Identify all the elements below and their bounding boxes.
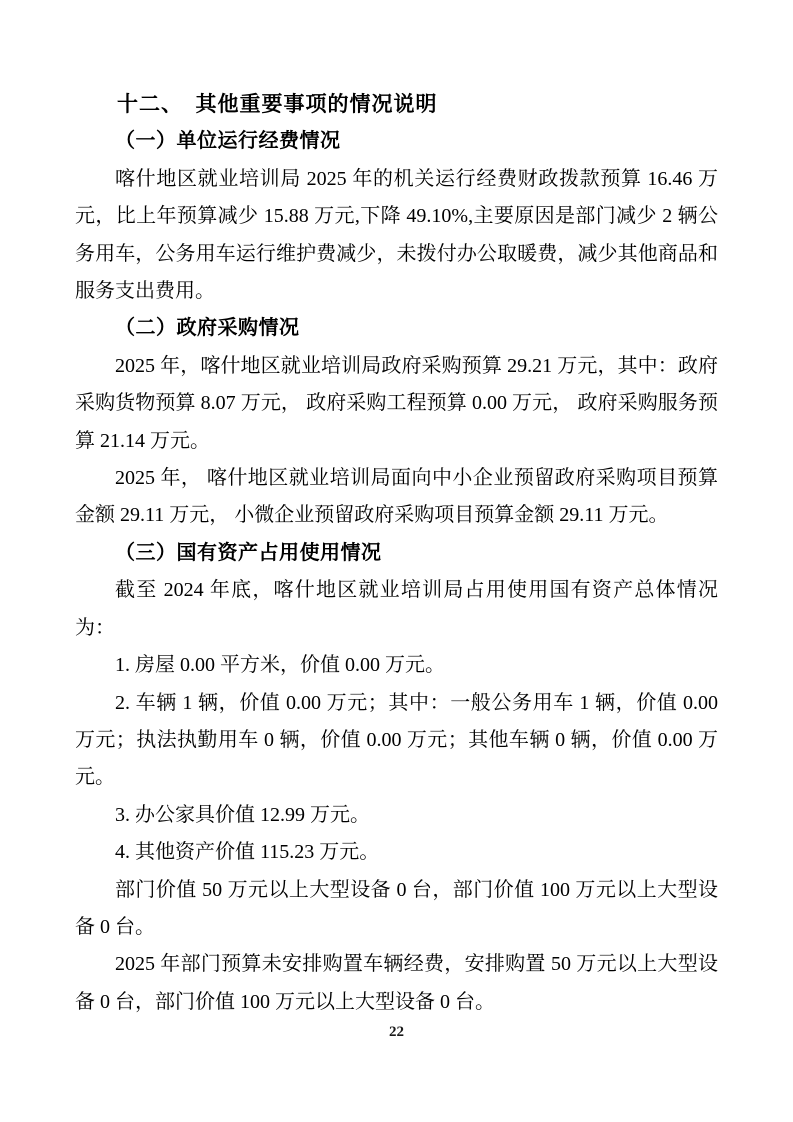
paragraph-assets-overview: 截至 2024 年底，喀什地区就业培训局占用使用国有资产总体情况为： (75, 572, 718, 647)
paragraph-equipment-purchase-plan: 2025 年部门预算未安排购置车辆经费，安排购置 50 万元以上大型设备 0 台… (75, 946, 718, 1021)
paragraph-assets-other: 4. 其他资产价值 115.23 万元。 (75, 834, 718, 871)
paragraph-procurement-budget: 2025 年，喀什地区就业培训局政府采购预算 29.21 万元，其中：政府采购货… (75, 348, 718, 460)
document-page: 十二、 其他重要事项的情况说明 （一）单位运行经费情况 喀什地区就业培训局 20… (0, 0, 793, 1122)
paragraph-assets-furniture: 3. 办公家具价值 12.99 万元。 (75, 797, 718, 834)
subsection-heading-government-procurement: （二）政府采购情况 (75, 310, 718, 347)
paragraph-assets-housing: 1. 房屋 0.00 平方米，价值 0.00 万元。 (75, 647, 718, 684)
paragraph-procurement-reserved: 2025 年， 喀什地区就业培训局面向中小企业预留政府采购项目预算金额 29.1… (75, 460, 718, 535)
subsection-heading-state-assets: （三）国有资产占用使用情况 (75, 535, 718, 572)
document-content: 十二、 其他重要事项的情况说明 （一）单位运行经费情况 喀什地区就业培训局 20… (75, 86, 718, 1021)
page-number: 22 (0, 1022, 793, 1042)
paragraph-operating-funds: 喀什地区就业培训局 2025 年的机关运行经费财政拨款预算 16.46 万元，比… (75, 161, 718, 311)
section-title: 十二、 其他重要事项的情况说明 (75, 86, 718, 123)
subsection-heading-operating-funds: （一）单位运行经费情况 (75, 123, 718, 160)
paragraph-assets-vehicles: 2. 车辆 1 辆，价值 0.00 万元；其中：一般公务用车 1 辆，价值 0.… (75, 685, 718, 797)
paragraph-large-equipment: 部门价值 50 万元以上大型设备 0 台，部门价值 100 万元以上大型设备 0… (75, 872, 718, 947)
